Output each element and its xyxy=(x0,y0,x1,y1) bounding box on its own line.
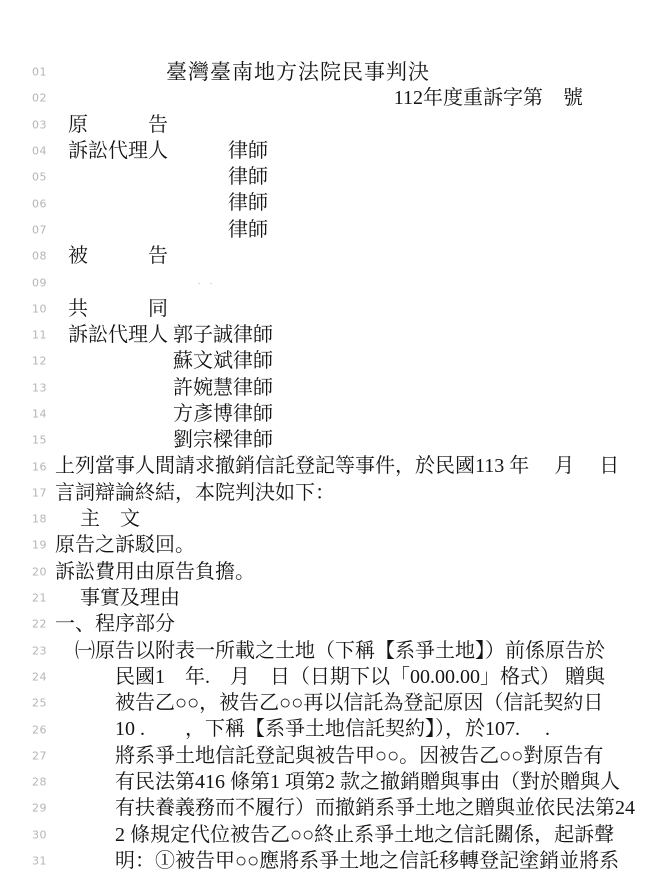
document-line: 02112年度重訴字第 號 xyxy=(0,85,658,111)
line-text: 言詞辯論終結，本院判決如下： xyxy=(55,480,613,506)
line-number: 02 xyxy=(32,92,47,105)
line-text: 訴訟代理人 郭子誠律師 xyxy=(68,322,613,348)
document-line: 24 民國1 年. 月 日（日期下以「00.00.00」格式） 贈與 xyxy=(0,664,658,690)
document-line: 22一、程序部分 xyxy=(0,611,658,637)
line-number: 05 xyxy=(32,171,47,184)
line-text: 臺灣臺南地方法院民事判決 xyxy=(55,59,613,85)
line-text: 一、程序部分 xyxy=(55,611,613,637)
line-number: 09 xyxy=(32,276,47,289)
line-text: 上列當事人間請求撤銷信託登記等事件，於民國113 年 月 日 xyxy=(55,453,613,479)
line-number: 16 xyxy=(32,460,47,473)
document-line: 12 蘇文斌律師 xyxy=(0,348,658,374)
line-text: . . xyxy=(68,269,658,295)
line-number: 17 xyxy=(32,486,47,499)
document-line: 16上列當事人間請求撤銷信託登記等事件，於民國113 年 月 日 xyxy=(0,453,658,479)
document-body: 01臺灣臺南地方法院民事判決02112年度重訴字第 號03原 告04訴訟代理人 … xyxy=(0,59,658,874)
line-number: 25 xyxy=(32,697,47,710)
document-line: 10共 同 xyxy=(0,296,658,322)
line-number: 10 xyxy=(32,302,47,315)
document-line: 05 律師 xyxy=(0,164,658,190)
line-text: 有扶養義務而不履行）而撤銷系爭土地之贈與並依民法第24 xyxy=(55,795,613,821)
line-text: 律師 xyxy=(68,164,613,190)
line-text: 有民法第416 條第1 項第2 款之撤銷贈與事由（對於贈與人 xyxy=(55,769,613,795)
line-text: 律師 xyxy=(68,217,613,243)
line-text: 蘇文斌律師 xyxy=(68,348,613,374)
document-line: 28 有民法第416 條第1 項第2 款之撤銷贈與事由（對於贈與人 xyxy=(0,769,658,795)
line-text: ㈠原告以附表一所載之土地（下稱【系爭土地】）前係原告於 xyxy=(55,638,613,664)
line-number: 13 xyxy=(32,381,47,394)
line-number: 30 xyxy=(32,828,47,841)
line-text: 將系爭土地信託登記與被告甲○○。因被告乙○○對原告有 xyxy=(55,743,613,769)
document-line: 09. . xyxy=(0,269,658,295)
line-text: 訴訟費用由原告負擔。 xyxy=(55,559,613,585)
document-line: 27 將系爭土地信託登記與被告甲○○。因被告乙○○對原告有 xyxy=(0,743,658,769)
line-number: 26 xyxy=(32,723,47,736)
document-line: 21 事實及理由 xyxy=(0,585,658,611)
line-number: 27 xyxy=(32,749,47,762)
document-line: 17言詞辯論終結，本院判決如下： xyxy=(0,480,658,506)
line-number: 04 xyxy=(32,145,47,158)
line-text: 原告之訴駁回。 xyxy=(55,532,613,558)
document-line: 23 ㈠原告以附表一所載之土地（下稱【系爭土地】）前係原告於 xyxy=(0,638,658,664)
line-number: 15 xyxy=(32,434,47,447)
line-number: 29 xyxy=(32,802,47,815)
line-text: 2 條規定代位被告乙○○終止系爭土地之信託關係，起訴聲 xyxy=(55,822,613,848)
line-number: 19 xyxy=(32,539,47,552)
document-line: 29 有扶養義務而不履行）而撤銷系爭土地之贈與並依民法第24 xyxy=(0,795,658,821)
line-text: 許婉慧律師 xyxy=(68,375,613,401)
document-line: 14 方彥博律師 xyxy=(0,401,658,427)
line-number: 07 xyxy=(32,223,47,236)
line-text: 被告乙○○，被告乙○○再以信託為登記原因（信託契約日 xyxy=(55,690,613,716)
document-line: 07 律師 xyxy=(0,217,658,243)
line-text: 律師 xyxy=(68,190,613,216)
document-line: 11訴訟代理人 郭子誠律師 xyxy=(0,322,658,348)
document-line: 20訴訟費用由原告負擔。 xyxy=(0,559,658,585)
line-text: 明：①被告甲○○應將系爭土地之信託移轉登記塗銷並將系 xyxy=(55,848,613,874)
document-line: 26 10 . ，下稱【系爭土地信託契約】），於107. . xyxy=(0,716,658,742)
document-line: 13 許婉慧律師 xyxy=(0,375,658,401)
document-line: 06 律師 xyxy=(0,190,658,216)
line-number: 14 xyxy=(32,408,47,421)
document-line: 18 主 文 xyxy=(0,506,658,532)
line-text: 10 . ，下稱【系爭土地信託契約】），於107. . xyxy=(55,716,613,742)
line-number: 23 xyxy=(32,644,47,657)
line-number: 01 xyxy=(32,66,47,79)
document-line: 19原告之訴駁回。 xyxy=(0,532,658,558)
line-text: 民國1 年. 月 日（日期下以「00.00.00」格式） 贈與 xyxy=(55,664,613,690)
line-number: 11 xyxy=(32,329,47,342)
line-number: 20 xyxy=(32,565,47,578)
line-text: 112年度重訴字第 號 xyxy=(55,85,583,111)
document-line: 15 劉宗樑律師 xyxy=(0,427,658,453)
line-text: 共 同 xyxy=(68,296,613,322)
line-number: 08 xyxy=(32,250,47,263)
document-line: 31 明：①被告甲○○應將系爭土地之信託移轉登記塗銷並將系 xyxy=(0,848,658,874)
document-line: 25 被告乙○○，被告乙○○再以信託為登記原因（信託契約日 xyxy=(0,690,658,716)
document-line: 04訴訟代理人 律師 xyxy=(0,138,658,164)
line-text: 劉宗樑律師 xyxy=(68,427,613,453)
document-line: 01臺灣臺南地方法院民事判決 xyxy=(0,59,658,85)
line-text: 被 告 xyxy=(68,243,613,269)
line-number: 06 xyxy=(32,197,47,210)
line-number: 22 xyxy=(32,618,47,631)
document-line: 03原 告 xyxy=(0,112,658,138)
line-text: 訴訟代理人 律師 xyxy=(68,138,613,164)
judgment-document: 01臺灣臺南地方法院民事判決02112年度重訴字第 號03原 告04訴訟代理人 … xyxy=(0,0,658,887)
document-line: 30 2 條規定代位被告乙○○終止系爭土地之信託關係，起訴聲 xyxy=(0,822,658,848)
line-number: 21 xyxy=(32,592,47,605)
line-text: 方彥博律師 xyxy=(68,401,613,427)
line-number: 03 xyxy=(32,118,47,131)
line-text: 事實及理由 xyxy=(55,585,613,611)
line-number: 31 xyxy=(32,855,47,868)
line-number: 18 xyxy=(32,513,47,526)
line-text: 主 文 xyxy=(55,506,613,532)
line-number: 12 xyxy=(32,355,47,368)
line-number: 24 xyxy=(32,670,47,683)
document-line: 08被 告 xyxy=(0,243,658,269)
line-number: 28 xyxy=(32,776,47,789)
line-text: 原 告 xyxy=(68,112,613,138)
